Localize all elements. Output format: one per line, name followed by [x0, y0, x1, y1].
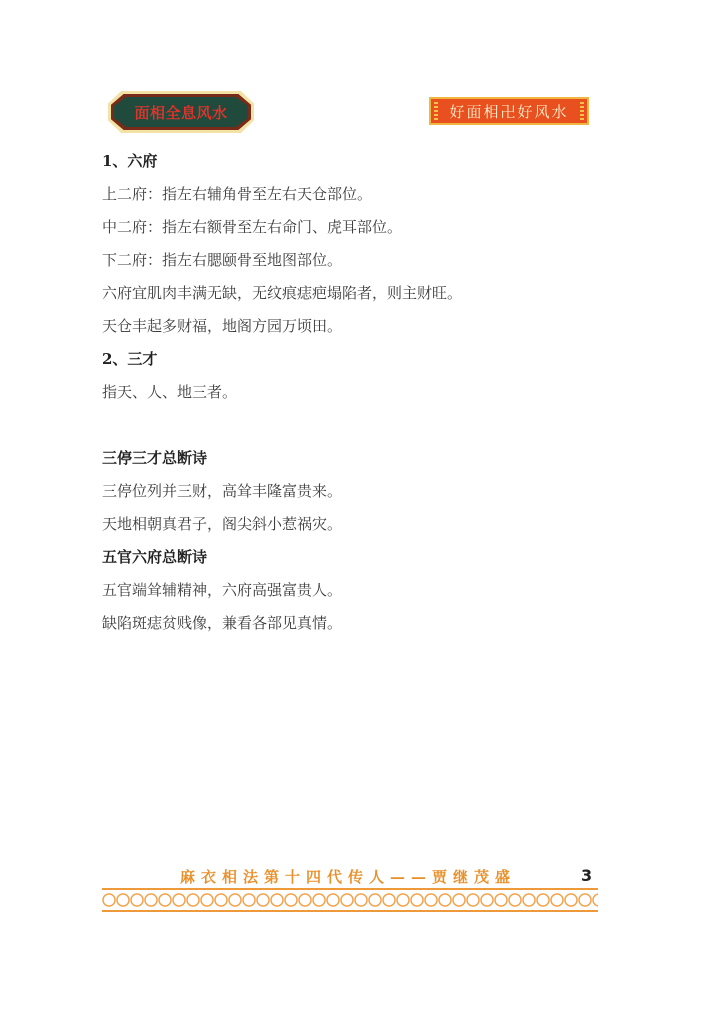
body-line: 指天、人、地三者。	[102, 376, 582, 409]
footer-ornament	[102, 888, 598, 914]
header-badge-right-text: 好面相卍好风水	[449, 101, 568, 122]
header-badge-right: 好面相卍好风水	[429, 97, 589, 125]
poem-line: 天地相朝真君子，阁尖斜小惹祸灾。	[102, 508, 582, 541]
poem-line: 缺陷斑痣贫贱像，兼看各部见真情。	[102, 607, 582, 640]
section-heading: 2、三才	[102, 343, 582, 376]
footer-title: 麻衣相法第十四代传人——贾继茂盛	[180, 866, 540, 887]
footer-rule-top	[102, 888, 598, 890]
spacer	[102, 409, 582, 442]
poem-heading: 五官六府总断诗	[102, 541, 582, 574]
body-line: 中二府：指左右额骨至左右命门、虎耳部位。	[102, 211, 582, 244]
poem-heading: 三停三才总断诗	[102, 442, 582, 475]
footer-rule-bottom	[102, 910, 598, 912]
footer-pattern	[102, 893, 598, 907]
section-heading: 1、六府	[102, 145, 582, 178]
body-line: 天仓丰起多财福，地阁方园万顷田。	[102, 310, 582, 343]
body-line: 六府宜肌肉丰满无缺，无纹痕痣疤塌陷者，则主财旺。	[102, 277, 582, 310]
header-badge-left-text: 面相全息风水	[134, 102, 227, 123]
body-line: 下二府：指左右腮颐骨至地图部位。	[102, 244, 582, 277]
header-badge-left: 面相全息风水	[108, 91, 254, 133]
page-content: 1、六府 上二府：指左右辅角骨至左右天仓部位。 中二府：指左右额骨至左右命门、虎…	[102, 145, 582, 640]
poem-line: 三停位列并三财，高耸丰隆富贵来。	[102, 475, 582, 508]
body-line: 上二府：指左右辅角骨至左右天仓部位。	[102, 178, 582, 211]
page-number: 3	[581, 866, 592, 885]
poem-line: 五官端耸辅精神，六府高强富贵人。	[102, 574, 582, 607]
